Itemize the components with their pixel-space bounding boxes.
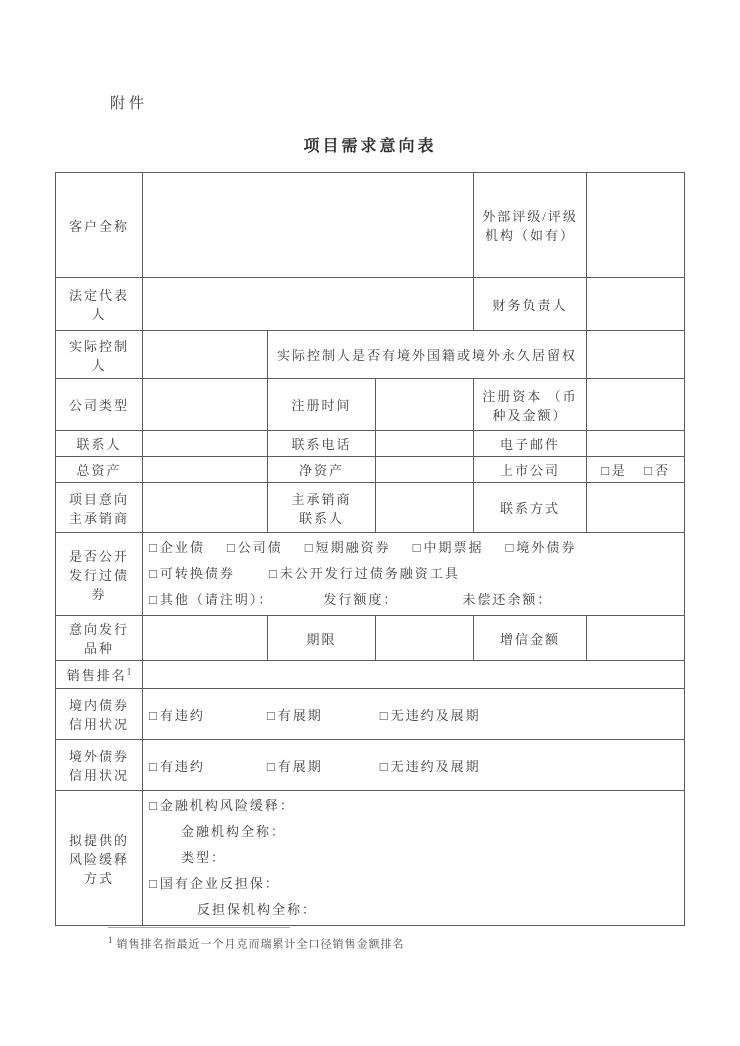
checkbox-icon: □ bbox=[149, 759, 159, 774]
company-type-label: 公司类型 bbox=[56, 379, 143, 431]
row-contact: 联系人 联系电话 电子邮件 bbox=[56, 431, 685, 457]
footnote-marker: 1 bbox=[108, 935, 113, 945]
checkbox-corporate-bond: □公司债 bbox=[227, 540, 283, 555]
external-rating-value bbox=[587, 173, 685, 278]
term-value bbox=[376, 616, 474, 661]
option-label: 是 bbox=[612, 463, 627, 478]
row-legal-rep: 法定代表人 财务负责人 bbox=[56, 278, 685, 331]
checkbox-no-public-debt-instrument: □未公开发行过债务融资工具 bbox=[269, 566, 460, 581]
checkbox-icon: □ bbox=[149, 798, 159, 813]
actual-controller-label: 实际控制人 bbox=[56, 331, 143, 379]
company-type-value bbox=[143, 379, 268, 431]
checkbox-icon: □ bbox=[227, 540, 237, 555]
contact-label: 联系人 bbox=[56, 431, 143, 457]
option-label: 金融机构风险缓释： bbox=[160, 798, 295, 813]
footnote-text: 1销售排名指最近一个月克而瑞累计全口径销售金额排名 bbox=[108, 935, 405, 952]
checkbox-icon: □ bbox=[269, 566, 279, 581]
option-label: 中期票据 bbox=[423, 540, 483, 555]
checkbox-icon: □ bbox=[267, 708, 277, 723]
total-assets-label: 总资产 bbox=[56, 457, 143, 483]
underwriter-contact-value bbox=[376, 483, 474, 533]
checkbox-short-term-financing-bill: □短期融资券 bbox=[305, 540, 391, 555]
bond-history-label: 是否公开发行过债券 bbox=[56, 533, 143, 616]
credit-amount-label: 增信金额 bbox=[474, 616, 587, 661]
option-label: 未公开发行过债务融资工具 bbox=[280, 566, 460, 581]
checkbox-icon: □ bbox=[413, 540, 423, 555]
bond-history-line3: □其他（请注明）：发行额度：未偿还余额： bbox=[149, 587, 684, 613]
row-domestic-credit: 境内债券信用状况 □有违约□有展期□无违约及展期 bbox=[56, 689, 685, 740]
checkbox-icon: □ bbox=[305, 540, 315, 555]
option-label: 境外债券 bbox=[516, 540, 576, 555]
contact-value bbox=[143, 431, 268, 457]
option-label: 国有企业反担保： bbox=[160, 876, 280, 891]
option-label: 无违约及展期 bbox=[391, 759, 481, 774]
checkbox-overseas-extension: □有展期 bbox=[267, 759, 323, 774]
overseas-credit-label: 境外债券信用状况 bbox=[56, 740, 143, 791]
row-actual-controller: 实际控制人 实际控制人是否有境外国籍或境外永久居留权 bbox=[56, 331, 685, 379]
issue-variety-label: 意向发行品种 bbox=[56, 616, 143, 661]
bond-history-line1: □企业债□公司债□短期融资券□中期票据□境外债券 bbox=[149, 535, 684, 561]
row-sales-rank: 销售排名1 bbox=[56, 661, 685, 689]
customer-name-value bbox=[143, 173, 474, 278]
legal-rep-value bbox=[143, 278, 474, 331]
checkbox-medium-term-note: □中期票据 bbox=[413, 540, 484, 555]
underwriter-contact-label: 主承销商联系人 bbox=[268, 483, 376, 533]
bond-history-line2: □可转换债券□未公开发行过债务融资工具 bbox=[149, 561, 684, 587]
checkbox-other: □其他（请注明）： bbox=[149, 592, 273, 607]
option-label: 无违约及展期 bbox=[391, 708, 481, 723]
row-company-type: 公司类型 注册时间 注册资本 （币种及金额） bbox=[56, 379, 685, 431]
reg-time-value bbox=[376, 379, 474, 431]
option-label: 否 bbox=[655, 463, 670, 478]
cfo-label: 财务负责人 bbox=[474, 278, 587, 331]
contact-phone-label: 联系电话 bbox=[268, 431, 376, 457]
option-label: 有展期 bbox=[278, 759, 323, 774]
checkbox-convertible-bond: □可转换债券 bbox=[149, 566, 235, 581]
reg-capital-label: 注册资本 （币种及金额） bbox=[474, 379, 587, 431]
legal-rep-label: 法定代表人 bbox=[56, 278, 143, 331]
checkbox-enterprise-bond: □企业债 bbox=[149, 540, 205, 555]
checkbox-icon: □ bbox=[506, 540, 516, 555]
overseas-credit-options: □有违约□有展期□无违约及展期 bbox=[143, 740, 685, 791]
reg-time-label: 注册时间 bbox=[268, 379, 376, 431]
page-title: 项目需求意向表 bbox=[0, 133, 740, 156]
sales-rank-value bbox=[143, 661, 685, 689]
row-overseas-credit: 境外债券信用状况 □有违约□有展期□无违约及展期 bbox=[56, 740, 685, 791]
net-assets-label: 净资产 bbox=[268, 457, 376, 483]
checkbox-icon: □ bbox=[380, 708, 390, 723]
domestic-credit-options: □有违约□有展期□无违约及展期 bbox=[143, 689, 685, 740]
option-label: 其他（请注明）： bbox=[160, 592, 274, 607]
email-label: 电子邮件 bbox=[474, 431, 587, 457]
checkbox-icon: □ bbox=[149, 592, 159, 607]
listed-company-options: □是 □否 bbox=[587, 457, 685, 483]
controller-nationality-value bbox=[587, 331, 685, 379]
row-customer-name: 客户全称 外部评级/评级机构（如有） bbox=[56, 173, 685, 278]
contact-method-label: 联系方式 bbox=[474, 483, 587, 533]
intention-form-table: 客户全称 外部评级/评级机构（如有） 法定代表人 财务负责人 实际控制人 实际控… bbox=[55, 172, 685, 926]
row-issue-variety: 意向发行品种 期限 增信金额 bbox=[56, 616, 685, 661]
checkbox-icon: □ bbox=[601, 463, 611, 478]
row-bond-history: 是否公开发行过债券 □企业债□公司债□短期融资券□中期票据□境外债券 □可转换债… bbox=[56, 533, 685, 616]
checkbox-overseas-bond: □境外债券 bbox=[506, 540, 577, 555]
total-assets-value bbox=[143, 457, 268, 483]
option-listed-no: □否 bbox=[644, 463, 670, 478]
checkbox-icon: □ bbox=[644, 463, 654, 478]
credit-amount-value bbox=[587, 616, 685, 661]
risk-item-type: 类型： bbox=[149, 845, 684, 871]
option-label: 企业债 bbox=[160, 540, 205, 555]
footnote: 1销售排名指最近一个月克而瑞累计全口径销售金额排名 bbox=[108, 927, 405, 952]
risk-item-soe-counter-guarantee: □国有企业反担保： bbox=[149, 871, 684, 897]
option-label: 有展期 bbox=[278, 708, 323, 723]
checkbox-domestic-default: □有违约 bbox=[149, 708, 205, 723]
customer-name-label: 客户全称 bbox=[56, 173, 143, 278]
option-label: 有违约 bbox=[160, 708, 205, 723]
actual-controller-value bbox=[143, 331, 268, 379]
row-lead-underwriter: 项目意向主承销商 主承销商联系人 联系方式 bbox=[56, 483, 685, 533]
lead-underwriter-value bbox=[143, 483, 268, 533]
row-risk-mitigation: 拟提供的风险缓释方式 □金融机构风险缓释： 金融机构全称： 类型： □国有企业反… bbox=[56, 791, 685, 926]
reg-capital-value bbox=[587, 379, 685, 431]
option-label: 可转换债券 bbox=[160, 566, 235, 581]
risk-mitigation-options: □金融机构风险缓释： 金融机构全称： 类型： □国有企业反担保： 反担保机构全称… bbox=[143, 791, 685, 926]
row-assets: 总资产 净资产 上市公司 □是 □否 bbox=[56, 457, 685, 483]
checkbox-icon: □ bbox=[149, 566, 159, 581]
checkbox-domestic-extension: □有展期 bbox=[267, 708, 323, 723]
issue-quota-label: 发行额度： bbox=[323, 592, 398, 607]
checkbox-icon: □ bbox=[149, 708, 159, 723]
controller-nationality-question: 实际控制人是否有境外国籍或境外永久居留权 bbox=[268, 331, 587, 379]
issue-variety-value bbox=[143, 616, 268, 661]
option-label: 短期融资券 bbox=[316, 540, 391, 555]
bond-history-options: □企业债□公司债□短期融资券□中期票据□境外债券 □可转换债券□未公开发行过债务… bbox=[143, 533, 685, 616]
sales-rank-label: 销售排名1 bbox=[56, 661, 143, 689]
cfo-value bbox=[587, 278, 685, 331]
option-label: 公司债 bbox=[238, 540, 283, 555]
checkbox-icon: □ bbox=[267, 759, 277, 774]
document-page: 附件 项目需求意向表 客户全称 外部评级/评级机构（如有） 法定代表人 财务负责… bbox=[0, 0, 740, 1046]
footnote-divider bbox=[108, 927, 290, 928]
email-value bbox=[587, 431, 685, 457]
checkbox-icon: □ bbox=[149, 540, 159, 555]
risk-item-financial-institution: □金融机构风险缓释： bbox=[149, 793, 684, 819]
listed-company-label: 上市公司 bbox=[474, 457, 587, 483]
outstanding-balance-label: 未偿还余额： bbox=[462, 592, 552, 607]
external-rating-label: 外部评级/评级机构（如有） bbox=[474, 173, 587, 278]
contact-method-value bbox=[587, 483, 685, 533]
checkbox-overseas-default: □有违约 bbox=[149, 759, 205, 774]
option-listed-yes: □是 bbox=[601, 463, 627, 478]
term-label: 期限 bbox=[268, 616, 376, 661]
risk-mitigation-label: 拟提供的风险缓释方式 bbox=[56, 791, 143, 926]
net-assets-value bbox=[376, 457, 474, 483]
domestic-credit-label: 境内债券信用状况 bbox=[56, 689, 143, 740]
contact-phone-value bbox=[376, 431, 474, 457]
risk-item-counter-guarantor-name: 反担保机构全称： bbox=[149, 897, 684, 923]
option-label: 有违约 bbox=[160, 759, 205, 774]
lead-underwriter-label: 项目意向主承销商 bbox=[56, 483, 143, 533]
checkbox-overseas-none: □无违约及展期 bbox=[380, 759, 481, 774]
footnote-marker: 1 bbox=[127, 667, 132, 677]
risk-item-institution-name: 金融机构全称： bbox=[149, 819, 684, 845]
checkbox-icon: □ bbox=[149, 876, 159, 891]
attachment-label: 附件 bbox=[110, 92, 148, 113]
checkbox-domestic-none: □无违约及展期 bbox=[380, 708, 481, 723]
checkbox-icon: □ bbox=[380, 759, 390, 774]
